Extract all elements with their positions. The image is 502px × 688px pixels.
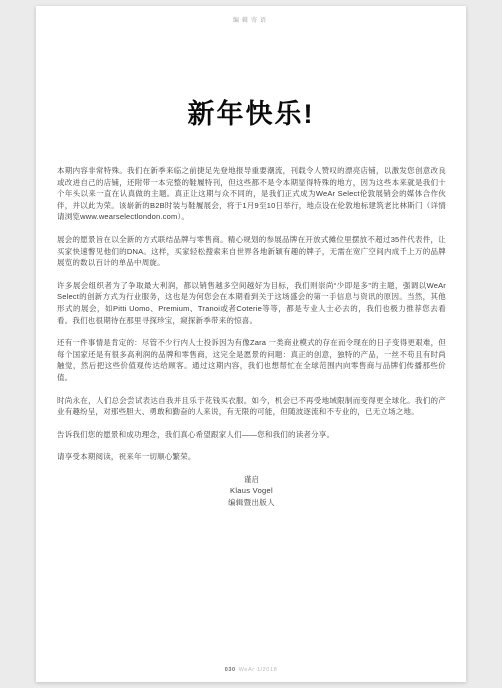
signature-role: 编辑暨出版人: [57, 497, 446, 509]
letter-paragraph: 时尚永在，人们总会尝试表达自我并且乐于花钱买衣服。如今，机会已不再受地域限制而变…: [57, 395, 446, 418]
section-label: 编辑寄语: [36, 15, 466, 24]
letter-paragraph: 告诉我们您的愿景和成功理念，我们真心希望跟家人们——您和我们的读者分享。: [57, 429, 446, 441]
page-title: 新年快乐!: [36, 92, 466, 131]
signature-block: 谨启 Klaus Vogel 编辑暨出版人: [57, 474, 446, 509]
magazine-page: 编辑寄语 新年快乐! 本期内容非常特殊。我们在新季来临之前捷足先登地报导重要潮流…: [36, 6, 466, 682]
signature-salute: 谨启: [57, 474, 446, 486]
page-footer: 030WeAr 1/2018: [36, 667, 466, 673]
letter-paragraph: 还有一件事情是肯定的：尽管不少行内人士投诉因为有像Zara 一类商业模式的存在而…: [57, 337, 446, 383]
letter-paragraph: 展会的愿景旨在以全新的方式联结品牌与零售商。精心规划的参展品牌在开放式摊位里摆放…: [57, 234, 446, 269]
letter-paragraph: 请享受本期阅读，祝来年一切顺心繁荣。: [57, 451, 446, 463]
viewer-background: 编辑寄语 新年快乐! 本期内容非常特殊。我们在新季来临之前捷足先登地报导重要潮流…: [0, 0, 502, 688]
footer-page-number: 030: [225, 667, 236, 673]
letter-body: 本期内容非常特殊。我们在新季来临之前捷足先登地报导重要潮流，刊载令人赞叹的漂亮店…: [57, 165, 446, 509]
letter-paragraph: 许多展会组织者为了争取最大利润，都以销售越多空间越好为目标，我们则崇尚“少即是多…: [57, 280, 446, 326]
signature-name: Klaus Vogel: [57, 485, 446, 497]
footer-issue-label: WeAr 1/2018: [239, 667, 278, 673]
letter-paragraph: 本期内容非常特殊。我们在新季来临之前捷足先登地报导重要潮流，刊载令人赞叹的漂亮店…: [57, 165, 446, 223]
